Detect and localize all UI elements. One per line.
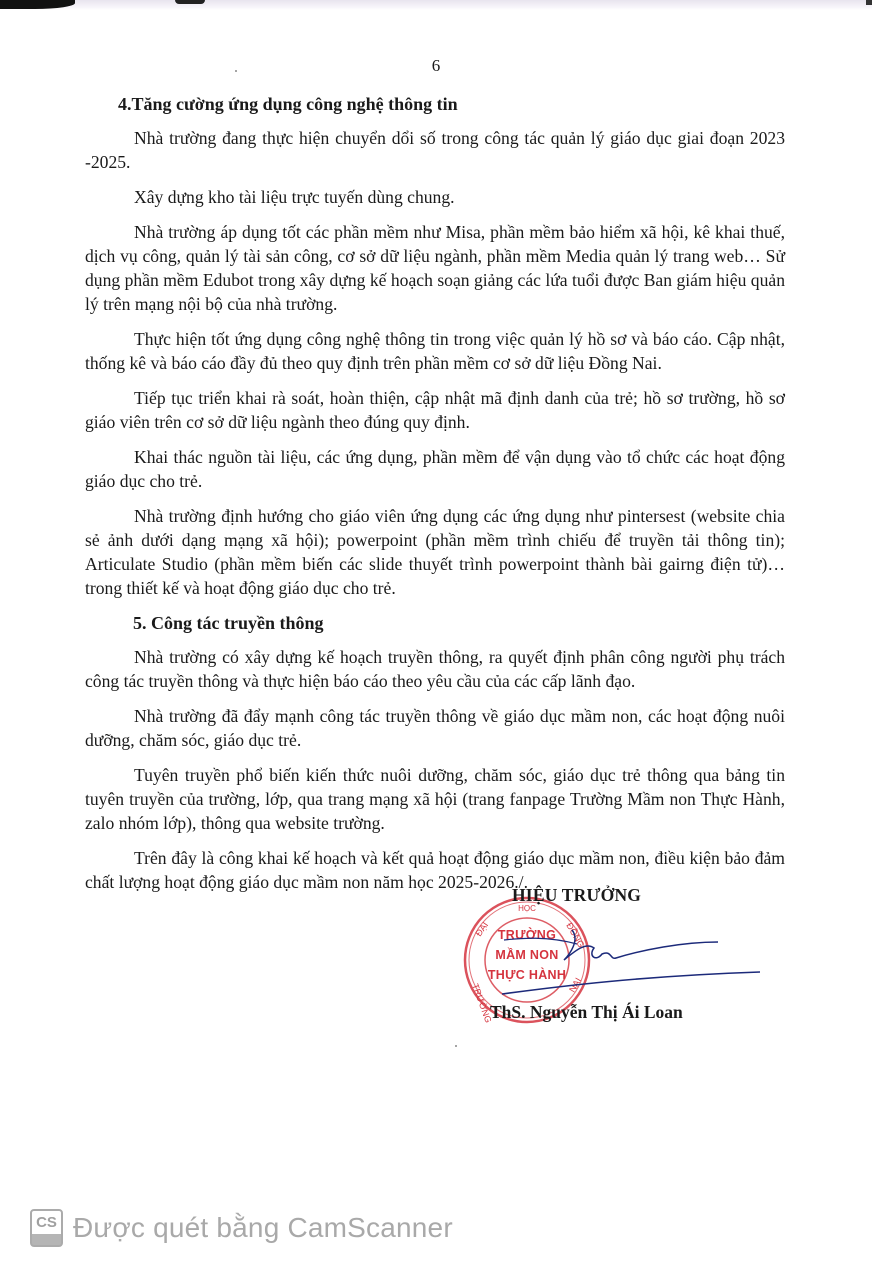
page-number: 6: [0, 56, 872, 76]
scan-top-edge: [0, 0, 872, 10]
watermark-text: Được quét bằng CamScanner: [73, 1212, 453, 1244]
scan-shadow: [866, 0, 872, 5]
scan-shadow: [175, 0, 205, 4]
scan-speck: [455, 1045, 457, 1047]
signature-block: HIỆU TRƯỞNG HỌC ĐẠI ĐỒNG TRƯỜNG NAI TRƯỜ…: [462, 880, 762, 1040]
section-heading: 4.Tăng cường ứng dụng công nghệ thông ti…: [118, 92, 785, 116]
paragraph: Nhà trường có xây dựng kế hoạch truyền t…: [85, 645, 785, 693]
paragraph: Tiếp tục triển khai rà soát, hoàn thiện,…: [85, 386, 785, 434]
paragraph: Xây dựng kho tài liệu trực tuyến dùng ch…: [85, 185, 785, 209]
handwritten-signature-icon: [502, 920, 762, 1000]
paragraph: Nhà trường đã đẩy mạnh công tác truyền t…: [85, 704, 785, 752]
paragraph: Tuyên truyền phổ biến kiến thức nuôi dưỡ…: [85, 763, 785, 835]
section-heading: 5. Công tác truyền thông: [133, 611, 785, 635]
document-body: 4.Tăng cường ứng dụng công nghệ thông ti…: [115, 92, 785, 905]
paragraph: Nhà trường định hướng cho giáo viên ứng …: [85, 504, 785, 600]
scan-shadow: [0, 0, 75, 9]
camscanner-logo-icon: CS: [30, 1209, 63, 1247]
paragraph: Nhà trường áp dụng tốt các phần mềm như …: [85, 220, 785, 316]
signer-name: ThS. Nguyễn Thị Ái Loan: [490, 1002, 683, 1023]
paragraph: Nhà trường đang thực hiện chuyển dổi số …: [85, 126, 785, 174]
paragraph: Khai thác nguồn tài liệu, các ứng dụng, …: [85, 445, 785, 493]
signer-title: HIỆU TRƯỞNG: [512, 885, 641, 906]
paragraph: Thực hiện tốt ứng dụng công nghệ thông t…: [85, 327, 785, 375]
camscanner-watermark: CS Được quét bằng CamScanner: [30, 1206, 453, 1250]
